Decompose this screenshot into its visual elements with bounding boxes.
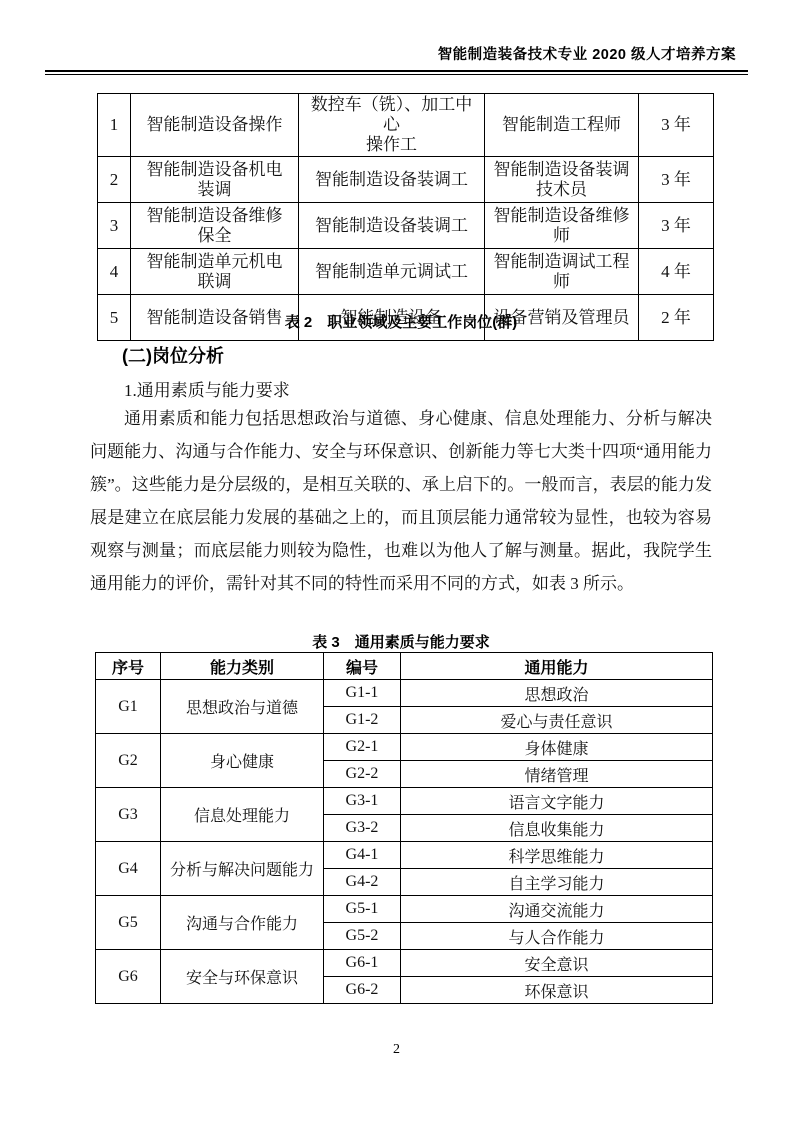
table-job-positions: 1 智能制造设备操作 数控车（铣）、加工中心 操作工 智能制造工程师 3 年 2… [97, 93, 714, 341]
cell-ability: 沟通交流能力 [401, 896, 713, 923]
section-subheading: 1.通用素质与能力要求 [124, 376, 290, 401]
cell-ability: 爱心与责任意识 [401, 707, 713, 734]
cell-group-no: G3 [96, 788, 161, 842]
cell-code: G2-1 [324, 734, 401, 761]
cell-row-no: 3 [98, 203, 131, 249]
table-row: 4 智能制造单元机电 联调 智能制造单元调试工 智能制造调试工程 师 4 年 [98, 249, 714, 295]
cell-category: 思想政治与道德 [161, 680, 324, 734]
cell-category: 分析与解决问题能力 [161, 842, 324, 896]
body-paragraph: 通用素质和能力包括思想政治与道德、身心健康、信息处理能力、分析与解决问题能力、沟… [90, 402, 712, 600]
table-row: 2 智能制造设备机电 装调 智能制造设备装调工 智能制造设备装调 技术员 3 年 [98, 157, 714, 203]
cell-code: G6-2 [324, 977, 401, 1004]
table2-caption: 表 2 职业领域及主要工作岗位(群) [90, 311, 712, 332]
cell-field: 智能制造设备维修 保全 [131, 203, 299, 249]
cell-row-no: 1 [98, 94, 131, 157]
table-row: 3 智能制造设备维修 保全 智能制造设备装调工 智能制造设备维修 师 3 年 [98, 203, 714, 249]
cell-ability: 语言文字能力 [401, 788, 713, 815]
cell-ability: 科学思维能力 [401, 842, 713, 869]
cell-code: G4-2 [324, 869, 401, 896]
cell-cert: 智能制造调试工程 师 [485, 249, 639, 295]
cell-code: G5-1 [324, 896, 401, 923]
cell-row-no: 4 [98, 249, 131, 295]
table3-caption: 表 3 通用素质与能力要求 [90, 631, 712, 652]
cell-category: 信息处理能力 [161, 788, 324, 842]
cell-years: 4 年 [639, 249, 714, 295]
cell-code: G5-2 [324, 923, 401, 950]
cell-field: 智能制造设备操作 [131, 94, 299, 157]
cell-row-no: 2 [98, 157, 131, 203]
cell-group-no: G4 [96, 842, 161, 896]
cell-years: 3 年 [639, 157, 714, 203]
table-row: G1 思想政治与道德 G1-1 思想政治 [96, 680, 713, 707]
cell-category: 安全与环保意识 [161, 950, 324, 1004]
cell-ability: 安全意识 [401, 950, 713, 977]
cell-category: 沟通与合作能力 [161, 896, 324, 950]
table-general-abilities: 序号 能力类别 编号 通用能力 G1 思想政治与道德 G1-1 思想政治 G1-… [95, 652, 713, 1004]
cell-cert: 智能制造设备维修 师 [485, 203, 639, 249]
cell-ability: 思想政治 [401, 680, 713, 707]
table-row: G2 身心健康 G2-1 身体健康 [96, 734, 713, 761]
cell-code: G1-1 [324, 680, 401, 707]
cell-years: 3 年 [639, 94, 714, 157]
cell-years: 3 年 [639, 203, 714, 249]
cell-group-no: G6 [96, 950, 161, 1004]
table-row: G5 沟通与合作能力 G5-1 沟通交流能力 [96, 896, 713, 923]
cell-code: G2-2 [324, 761, 401, 788]
cell-ability: 信息收集能力 [401, 815, 713, 842]
cell-category: 身心健康 [161, 734, 324, 788]
cell-code: G1-2 [324, 707, 401, 734]
cell-field: 智能制造单元机电 联调 [131, 249, 299, 295]
cell-cert: 智能制造设备装调 技术员 [485, 157, 639, 203]
cell-group-no: G5 [96, 896, 161, 950]
cell-code: G4-1 [324, 842, 401, 869]
cell-group-no: G1 [96, 680, 161, 734]
cell-cert: 智能制造工程师 [485, 94, 639, 157]
col-header-code: 编号 [324, 653, 401, 680]
page-header-title: 智能制造装备技术专业 2020 级人才培养方案 [438, 43, 736, 64]
table-row: G4 分析与解决问题能力 G4-1 科学思维能力 [96, 842, 713, 869]
table-row: 1 智能制造设备操作 数控车（铣）、加工中心 操作工 智能制造工程师 3 年 [98, 94, 714, 157]
header-rule [45, 70, 748, 75]
cell-ability: 环保意识 [401, 977, 713, 1004]
cell-job: 智能制造单元调试工 [299, 249, 485, 295]
cell-job: 数控车（铣）、加工中心 操作工 [299, 94, 485, 157]
cell-code: G6-1 [324, 950, 401, 977]
col-header-no: 序号 [96, 653, 161, 680]
cell-ability: 与人合作能力 [401, 923, 713, 950]
cell-ability: 情绪管理 [401, 761, 713, 788]
cell-code: G3-1 [324, 788, 401, 815]
cell-job: 智能制造设备装调工 [299, 203, 485, 249]
page-number: 2 [0, 1042, 793, 1058]
table-row: G3 信息处理能力 G3-1 语言文字能力 [96, 788, 713, 815]
cell-job: 智能制造设备装调工 [299, 157, 485, 203]
col-header-ability: 通用能力 [401, 653, 713, 680]
cell-field: 智能制造设备机电 装调 [131, 157, 299, 203]
cell-ability: 身体健康 [401, 734, 713, 761]
cell-code: G3-2 [324, 815, 401, 842]
col-header-category: 能力类别 [161, 653, 324, 680]
section-heading: (二)岗位分析 [122, 342, 224, 368]
cell-ability: 自主学习能力 [401, 869, 713, 896]
table-row: G6 安全与环保意识 G6-1 安全意识 [96, 950, 713, 977]
document-page: 智能制造装备技术专业 2020 级人才培养方案 1 智能制造设备操作 数控车（铣… [0, 0, 793, 1122]
cell-group-no: G2 [96, 734, 161, 788]
table-header-row: 序号 能力类别 编号 通用能力 [96, 653, 713, 680]
